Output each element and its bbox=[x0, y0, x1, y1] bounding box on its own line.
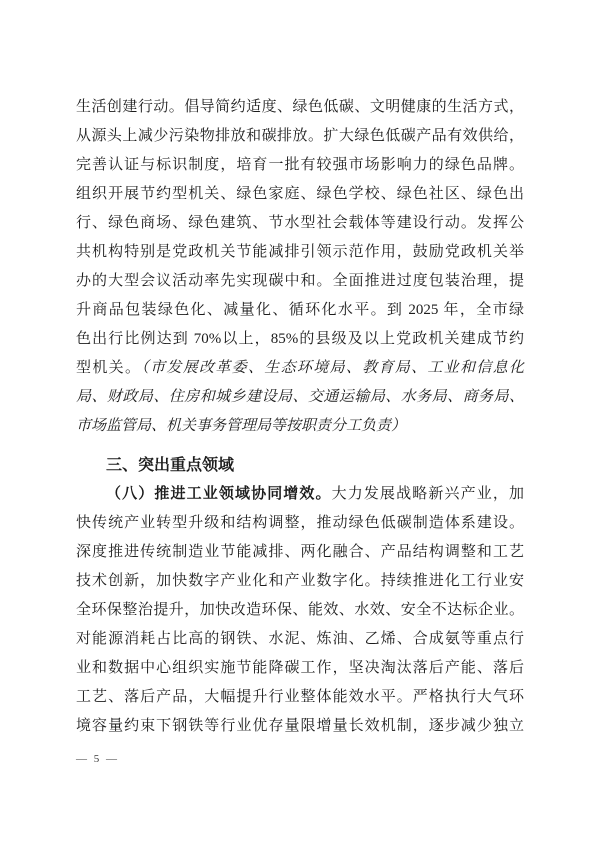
text-segment-normal: 对能源消耗占比高的钢铁、水泥、炼油、乙烯、合成氨等重点行 bbox=[76, 631, 524, 647]
text-segment-normal: 色出行比例达到 70%以上，85%的县级及以上党政机关建成节约 bbox=[76, 331, 524, 347]
text-segment-normal: 工艺、落后产品，大幅提升行业整体能效水平。严格执行大气环 bbox=[76, 689, 524, 705]
text-line: 型机关。（市发展改革委、生态环境局、教育局、工业和信息化 bbox=[76, 354, 524, 383]
text-segment-normal: 型机关。 bbox=[76, 360, 141, 376]
text-segment-normal: 业和数据中心组织实施节能降碳工作，坚决淘汰落后产能、落后 bbox=[76, 660, 524, 676]
text-line: 深度推进传统制造业节能减排、两化融合、产品结构调整和工艺 bbox=[76, 538, 524, 567]
text-line: 对能源消耗占比高的钢铁、水泥、炼油、乙烯、合成氨等重点行 bbox=[76, 625, 524, 654]
text-segment-normal: 共机构特别是党政机关节能减排引领示范作用，鼓励党政机关举 bbox=[76, 244, 524, 260]
text-segment-normal: 全环保整治提升，加快改造环保、能效、水效、安全不达标企业。 bbox=[76, 602, 524, 618]
text-segment-normal: 大力发展战略新兴产业，加 bbox=[332, 486, 524, 502]
text-segment-normal: 三、突出重点领域 bbox=[106, 457, 234, 474]
text-line: 色出行比例达到 70%以上，85%的县级及以上党政机关建成节约 bbox=[76, 325, 524, 354]
text-segment-normal: 生活创建行动。倡导简约适度、绿色低碳、文明健康的生活方式， bbox=[76, 99, 524, 115]
text-line: 办的大型会议活动率先实现碳中和。全面推进过度包装治理，提 bbox=[76, 267, 524, 296]
text-line: 工艺、落后产品，大幅提升行业整体能效水平。严格执行大气环 bbox=[76, 683, 524, 712]
page-number: — 5 — bbox=[76, 753, 119, 765]
text-segment-bold: （八）推进工业领域协同增效。 bbox=[106, 486, 332, 502]
text-line: 完善认证与标识制度，培育一批有较强市场影响力的绿色品牌。 bbox=[76, 151, 524, 180]
text-segment-kai: （市发展改革委、生态环境局、教育局、工业和信息化 bbox=[141, 360, 524, 376]
text-segment-normal: 组织开展节约型机关、绿色家庭、绿色学校、绿色社区、绿色出 bbox=[76, 186, 524, 202]
text-segment-normal: 技术创新，加快数字产业化和产业数字化。持续推进化工行业安 bbox=[76, 573, 524, 589]
text-line: 升商品包装绿色化、减量化、循环化水平。到 2025 年，全市绿 bbox=[76, 296, 524, 325]
text-line: 业和数据中心组织实施节能降碳工作，坚决淘汰落后产能、落后 bbox=[76, 654, 524, 683]
text-line: 全环保整治提升，加快改造环保、能效、水效、安全不达标企业。 bbox=[76, 596, 524, 625]
text-segment-normal: 升商品包装绿色化、减量化、循环化水平。到 2025 年，全市绿 bbox=[76, 302, 524, 318]
text-line: 共机构特别是党政机关节能减排引领示范作用，鼓励党政机关举 bbox=[76, 238, 524, 267]
text-segment-normal: 从源头上减少污染物排放和碳排放。扩大绿色低碳产品有效供给， bbox=[76, 128, 524, 144]
text-segment-kai: 市场监管局、机关事务管理局等按职责分工负责） bbox=[76, 418, 406, 434]
text-line: 从源头上减少污染物排放和碳排放。扩大绿色低碳产品有效供给， bbox=[76, 122, 524, 151]
text-segment-normal: 深度推进传统制造业节能减排、两化融合、产品结构调整和工艺 bbox=[76, 544, 524, 560]
text-line: 快传统产业转型升级和结构调整，推动绿色低碳制造体系建设。 bbox=[76, 509, 524, 538]
text-segment-normal: 完善认证与标识制度，培育一批有较强市场影响力的绿色品牌。 bbox=[76, 157, 524, 173]
text-line: 市场监管局、机关事务管理局等按职责分工负责） bbox=[76, 412, 524, 441]
text-segment-normal: 境容量约束下钢铁等行业优存量限增量长效机制，逐步减少独立 bbox=[76, 718, 524, 734]
text-segment-normal: 办的大型会议活动率先实现碳中和。全面推进过度包装治理，提 bbox=[76, 273, 524, 289]
text-line: 技术创新，加快数字产业化和产业数字化。持续推进化工行业安 bbox=[76, 567, 524, 596]
text-segment-normal: 快传统产业转型升级和结构调整，推动绿色低碳制造体系建设。 bbox=[76, 515, 524, 531]
text-line: 行、绿色商场、绿色建筑、节水型社会载体等建设行动。发挥公 bbox=[76, 209, 524, 238]
text-line: 生活创建行动。倡导简约适度、绿色低碳、文明健康的生活方式， bbox=[76, 93, 524, 122]
text-block: 生活创建行动。倡导简约适度、绿色低碳、文明健康的生活方式，从源头上减少污染物排放… bbox=[76, 93, 524, 741]
text-line: （八）推进工业领域协同增效。大力发展战略新兴产业，加 bbox=[76, 480, 524, 509]
text-line: 境容量约束下钢铁等行业优存量限增量长效机制，逐步减少独立 bbox=[76, 712, 524, 741]
text-line: 组织开展节约型机关、绿色家庭、绿色学校、绿色社区、绿色出 bbox=[76, 180, 524, 209]
text-segment-normal: 行、绿色商场、绿色建筑、节水型社会载体等建设行动。发挥公 bbox=[76, 215, 524, 231]
text-line: 局、财政局、住房和城乡建设局、交通运输局、水务局、商务局、 bbox=[76, 383, 524, 412]
text-segment-kai: 局、财政局、住房和城乡建设局、交通运输局、水务局、商务局、 bbox=[76, 389, 524, 405]
section-heading: 三、突出重点领域 bbox=[76, 451, 524, 480]
document-page: 生活创建行动。倡导简约适度、绿色低碳、文明健康的生活方式，从源头上减少污染物排放… bbox=[0, 0, 600, 848]
